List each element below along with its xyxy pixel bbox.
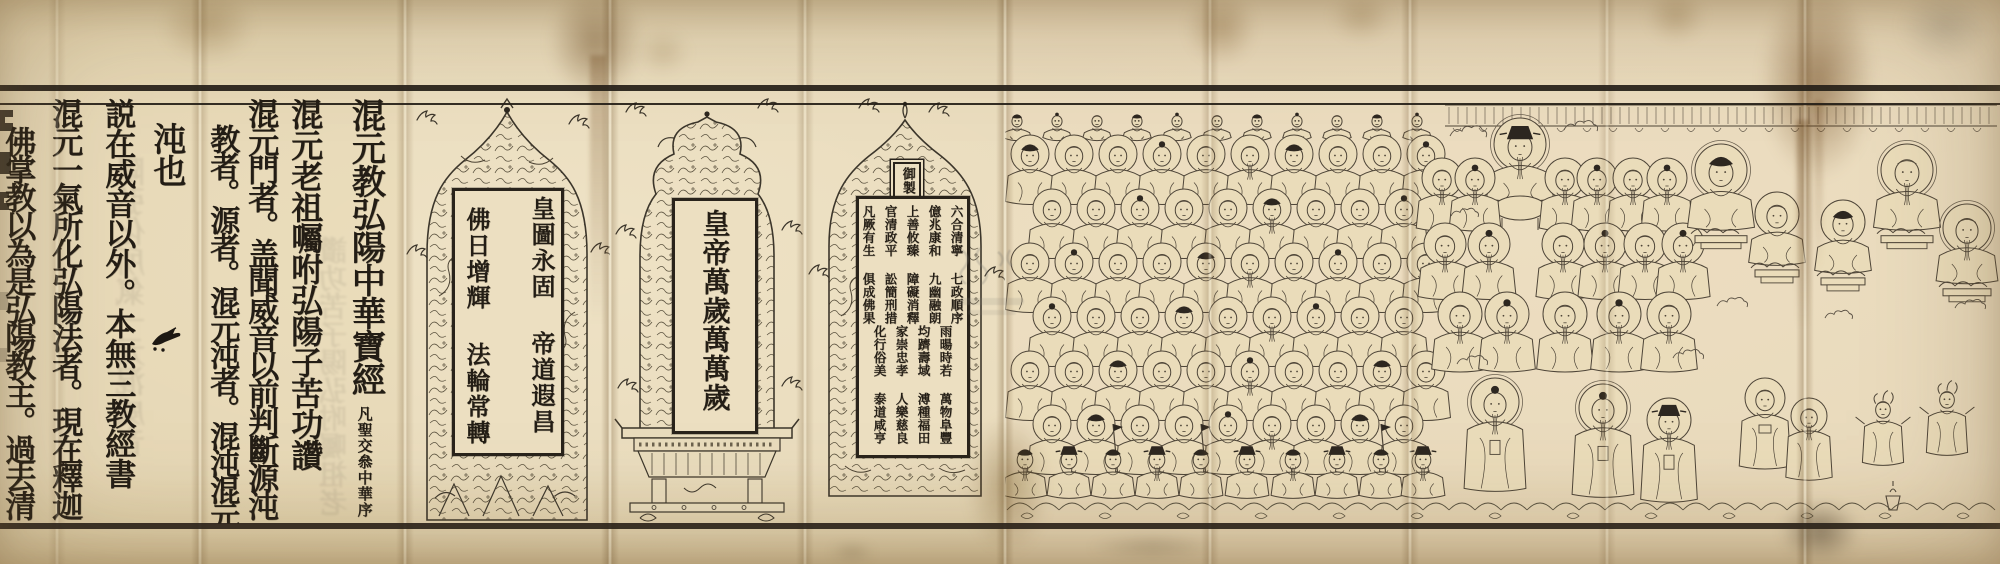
woodcut-assembly (1005, 96, 2000, 524)
top-border-rule (0, 85, 2000, 105)
bottom-border-rule (0, 523, 2000, 529)
assembly-illustration (1005, 96, 2000, 524)
floral-sprig (417, 111, 437, 124)
blessing-text-box: 皇圖永固 帝道遐昌 佛日增輝 法輪常轉 (452, 188, 564, 456)
paper-stain (1330, 0, 1392, 42)
cartouche-imperial-colophon: 御製 六合清寧 七政順序 雨暘時若 萬物阜豐 億兆康和 九幽融朗 均躋壽域 溥種… (805, 96, 1005, 524)
ink-smudge (1088, 534, 1218, 560)
imperial-text-box: 六合清寧 七政順序 雨暘時若 萬物阜豐 億兆康和 九幽融朗 均躋壽域 溥種福田 … (856, 196, 970, 458)
imperial-phrase: 億兆康和 九幽融朗 (928, 205, 941, 325)
paper-stain (160, 0, 255, 63)
paper-stain (636, 28, 690, 76)
paper-stain (1898, 0, 1993, 63)
text-column: 説在威音以外。本無三教經書 (101, 98, 133, 488)
imperial-label-box: 御製 (893, 162, 921, 200)
text-column: 混元一氣所化弘陽法者。現在釋迦 (48, 98, 80, 518)
text-page-1: 陽弘化所氣一元混威音 沌也 説在威音以外。本無三教經書 混元一氣所化弘陽法者。現… (0, 96, 200, 524)
floral-sprig (407, 245, 427, 258)
blessing-right-column: 皇圖永固 帝道遐昌 (528, 196, 553, 435)
scanned-scroll-photo: 陽弘化所氣一元混威音 沌也 説在威音以外。本無三教經書 混元一氣所化弘陽法者。現… (0, 0, 2000, 564)
floral-sprig (616, 225, 636, 238)
floral-sprig (591, 243, 610, 256)
altar-table (615, 419, 799, 521)
floral-sprig (782, 221, 802, 234)
floral-sprig (985, 267, 1005, 280)
imperial-phrase: 上善攸臻 障礙消釋 (906, 205, 919, 325)
blessing-left-column: 佛日增輝 法輪常轉 (463, 207, 488, 446)
emperor-column: 皇帝萬歲萬萬歲 (700, 209, 729, 412)
cartouche-emperor: 皇帝萬歲萬萬歲 (610, 96, 805, 524)
text-page-title: 讚功苦子陽弘咐囑祖老 混元教弘陽中華寶經 凡聖交叅中華序 混元老祖囑咐弘陽子苦功… (200, 96, 405, 524)
text-column: 沌也 (150, 122, 184, 186)
imperial-label: 御製 (900, 167, 914, 195)
text-column: 混元老祖囑咐弘陽子苦功讚 (288, 98, 321, 470)
floral-sprig (569, 115, 589, 128)
emperor-text-box: 皇帝萬歲萬萬歲 (672, 198, 758, 434)
imperial-phrase: 六合清寧 七政順序 (950, 205, 963, 325)
imperial-phrase: 家崇忠孝 人樂慈良 (895, 325, 908, 445)
imperial-phrase: 化行俗美 泰道咸亨 (873, 325, 886, 445)
imperial-phrase: 凡厥有生 俱成佛果 (862, 205, 875, 325)
paper-stain (1646, 0, 1706, 43)
imperial-phrase: 官清政平 訟簡刑措 (884, 205, 897, 325)
text-column: 混元門者。盖聞威音以前判斷源沌 (244, 98, 276, 518)
imperial-phrase: 均躋壽域 溥種福田 (917, 325, 930, 445)
sutra-title-annotation: 凡聖交叅中華序 (356, 406, 372, 518)
cartouche-blessing: 皇圖永固 帝道遐昌 佛日增輝 法輪常轉 (405, 96, 610, 524)
ink-smudge (830, 544, 874, 560)
text-column: 教者。源者。混元沌者。混沌混元混 (206, 124, 237, 524)
text-column: 佛掌教以為是弘陽教主。過去清 (1, 126, 33, 518)
floral-sprig (618, 379, 638, 392)
paper-stain (1186, 0, 1256, 65)
floral-sprig (782, 377, 802, 390)
ink-doodle (152, 327, 180, 352)
floral-sprig (809, 265, 829, 278)
sutra-title-column: 混元教弘陽中華寶經 (347, 98, 382, 395)
imperial-phrase: 雨暘時若 萬物阜豐 (939, 325, 952, 445)
